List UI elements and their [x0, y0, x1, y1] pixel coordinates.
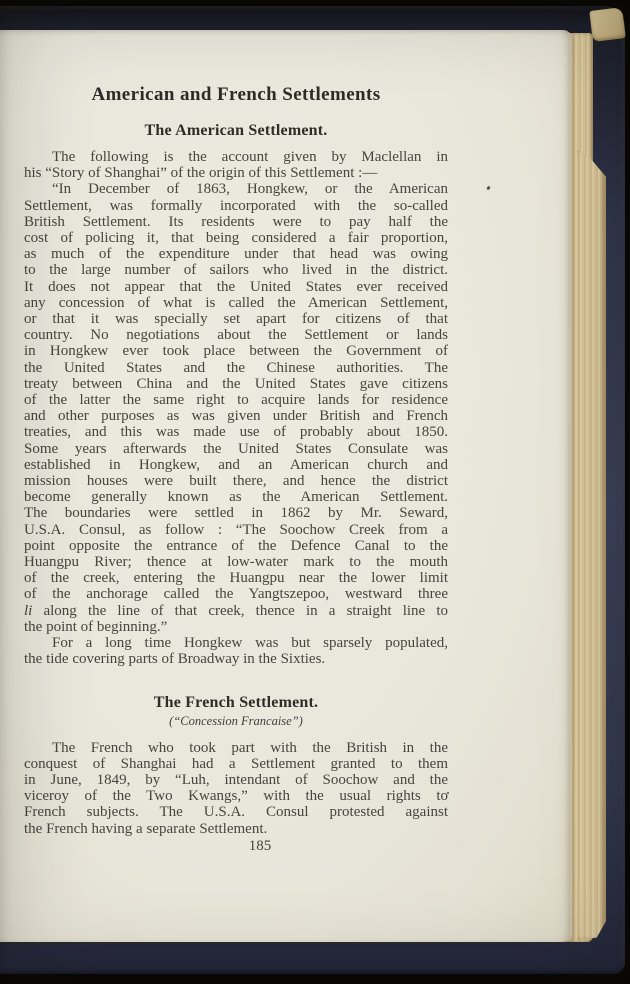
paragraph: For a long time Hongkew was but sparsely… [24, 635, 448, 667]
text-line: French subjects. The U.S.A. Consul prote… [24, 804, 448, 820]
text-line: For a long time Hongkew was but sparsely… [24, 635, 448, 651]
book-photo-scene: American and French Settlements The Amer… [0, 0, 630, 984]
text-line: treaty between China and the United Stat… [24, 376, 448, 392]
text-line: of the anchorage called the Yangtszepoo,… [24, 586, 448, 602]
text-line: Huangpu River; thence at low-water mark … [24, 554, 448, 570]
text-line: the tide covering parts of Broadway in t… [24, 651, 448, 667]
sections: The American Settlement.The following is… [24, 122, 448, 837]
text-line: the United States and the Chinese author… [24, 360, 448, 376]
text-line: British Settlement. Its residents were t… [24, 214, 448, 230]
text-line: The French who took part with the Britis… [24, 740, 448, 756]
text-line: treaties, and this was made use of proba… [24, 424, 448, 440]
text-line: country. No negotiations about the Settl… [24, 327, 448, 343]
text-line: Some years afterwards the United States … [24, 441, 448, 457]
text-line: viceroy of the Two Kwangs,” with the usu… [24, 788, 448, 804]
section-heading: The French Settlement. [24, 694, 448, 712]
text-line: his “Story of Shanghai” of the origin of… [24, 165, 448, 181]
text-line: in Hongkew ever took place between the G… [24, 343, 448, 359]
paragraph: The French who took part with the Britis… [24, 740, 448, 837]
text-line: U.S.A. Consul, as follow : “The Soochow … [24, 522, 448, 538]
page-corner-top-right [589, 7, 626, 42]
text-line: in June, 1849, by “Luh, intendant of Soo… [24, 772, 448, 788]
ink-speck [447, 792, 449, 794]
text-line: established in Hongkew, and an American … [24, 457, 448, 473]
text-line: the point of beginning.” [24, 619, 448, 635]
text-line: the French having a separate Settlement. [24, 821, 448, 837]
text-line: to the large number of sailors who lived… [24, 262, 448, 278]
page-number: 185 [210, 838, 310, 855]
text-line: The boundaries were settled in 1862 by M… [24, 505, 448, 521]
page-edge-stack-wide [577, 150, 606, 940]
ink-speck [486, 186, 491, 191]
text-line: become generally known as the American S… [24, 489, 448, 505]
text-line: any concession of what is called the Ame… [24, 295, 448, 311]
text-line: or that it was specially set apart for c… [24, 311, 448, 327]
text-line: li along the line of that creek, thence … [24, 603, 448, 619]
text-line: of the latter the same right to acquire … [24, 392, 448, 408]
text-line: point opposite the entrance of the Defen… [24, 538, 448, 554]
section-heading: The American Settlement. [24, 122, 448, 140]
text-line: as much of the expenditure under that he… [24, 246, 448, 262]
section-subheading: (“Concession Francaise”) [24, 714, 448, 729]
text-line: cost of policing it, that being consider… [24, 230, 448, 246]
book-page: American and French Settlements The Amer… [0, 30, 570, 942]
text-line: mission houses were built there, and hen… [24, 473, 448, 489]
text-line: “In December of 1863, Hongkew, or the Am… [24, 181, 448, 197]
text-line: of the creek, entering the Huangpu near … [24, 570, 448, 586]
text-line: The following is the account given by Ma… [24, 149, 448, 165]
text-line: conquest of Shanghai had a Settlement gr… [24, 756, 448, 772]
text-line: and other purposes as was given under Br… [24, 408, 448, 424]
text-block: American and French Settlements The Amer… [24, 85, 448, 837]
text-line: Settlement, was formally incorporated wi… [24, 198, 448, 214]
text-line: It does not appear that the United State… [24, 279, 448, 295]
page-title: American and French Settlements [24, 85, 448, 105]
paragraph: The following is the account given by Ma… [24, 149, 448, 181]
paragraph: “In December of 1863, Hongkew, or the Am… [24, 181, 448, 635]
